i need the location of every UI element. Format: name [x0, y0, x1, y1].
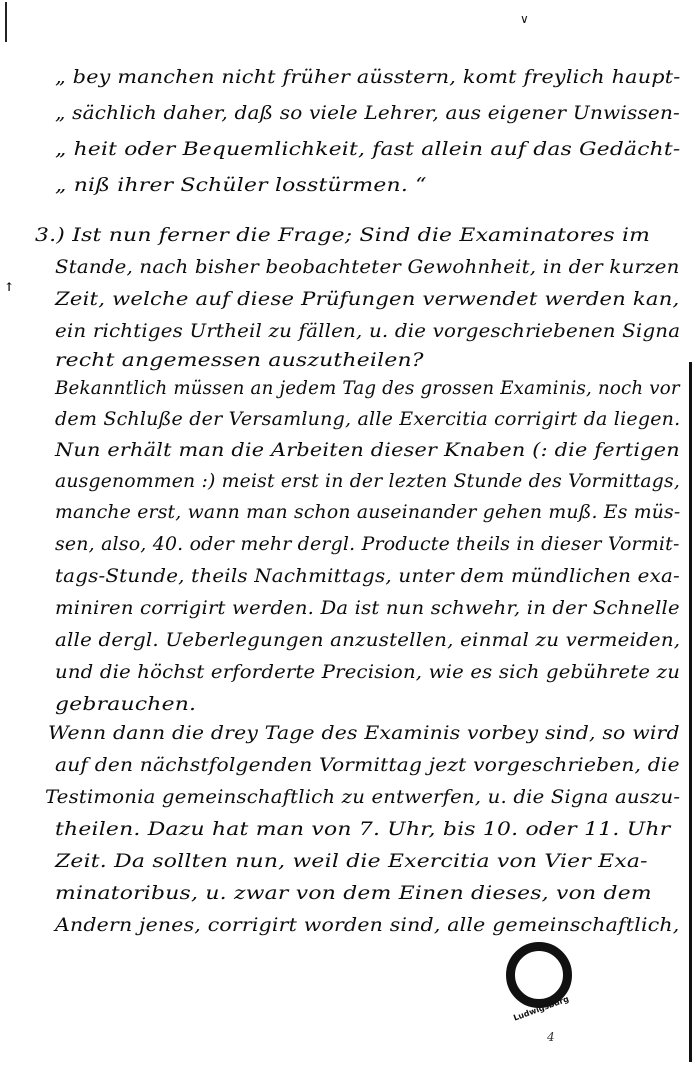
stamp-center [525, 961, 553, 989]
text-line: tags-Stunde, theils Nachmittags, unter d… [55, 565, 680, 587]
text-line: Nun erhält man die Arbeiten dieser Knabe… [55, 439, 680, 461]
right-margin-line [689, 362, 692, 1062]
text-line: „ niß ihrer Schüler losstürmen. “ [55, 174, 427, 196]
page-number: 4 [547, 1030, 555, 1044]
text-line: Andern jenes, corrigirt worden sind, all… [55, 914, 679, 936]
text-line: manche erst, wann man schon auseinander … [55, 501, 680, 523]
text-line: Zeit. Da sollten nun, weil die Exercitia… [55, 850, 648, 872]
text-line: minatoribus, u. zwar von dem Einen diese… [55, 882, 652, 904]
text-line: „ heit oder Bequemlichkeit, fast allein … [55, 138, 680, 160]
left-margin-mark [5, 2, 7, 42]
text-line: „ bey manchen nicht früher aüsstern, kom… [55, 66, 680, 88]
text-line: miniren corrigirt werden. Da ist nun sch… [55, 597, 680, 619]
text-line: ausgenommen :) meist erst in der lezten … [55, 470, 680, 492]
text-line: 3.) Ist nun ferner die Frage; Sind die E… [35, 224, 650, 246]
text-line: theilen. Dazu hat man von 7. Uhr, bis 10… [55, 818, 670, 840]
text-line: recht angemessen auszutheilen? [55, 349, 424, 371]
text-line: Stande, nach bisher beobachteter Gewohnh… [55, 256, 680, 278]
text-line: Zeit, welche auf diese Prüfungen verwend… [55, 288, 679, 310]
text-line: Wenn dann die drey Tage des Examinis vor… [48, 722, 680, 744]
margin-tick: ↑ [4, 280, 14, 294]
text-line: „ sächlich daher, daß so viele Lehrer, a… [55, 102, 680, 124]
text-line: Bekanntlich müssen an jedem Tag des gros… [55, 377, 680, 399]
text-line: und die höchst erforderte Precision, wie… [55, 661, 680, 683]
text-line: ein richtiges Urtheil zu fällen, u. die … [55, 320, 680, 342]
stray-mark: ∨ [520, 12, 529, 26]
text-line: Testimonia gemeinschaftlich zu entwerfen… [45, 786, 680, 808]
text-line: auf den nächstfolgenden Vormittag jezt v… [55, 754, 680, 776]
text-line: alle dergl. Ueberlegungen anzustellen, e… [55, 629, 680, 651]
manuscript-page: ∨ ↑ „ bey manchen nicht früher aüsstern,… [0, 0, 698, 1083]
text-line: gebrauchen. [55, 693, 196, 715]
text-line: dem Schluße der Versamlung, alle Exercit… [55, 408, 680, 430]
text-line: sen, also, 40. oder mehr dergl. Producte… [55, 533, 680, 555]
